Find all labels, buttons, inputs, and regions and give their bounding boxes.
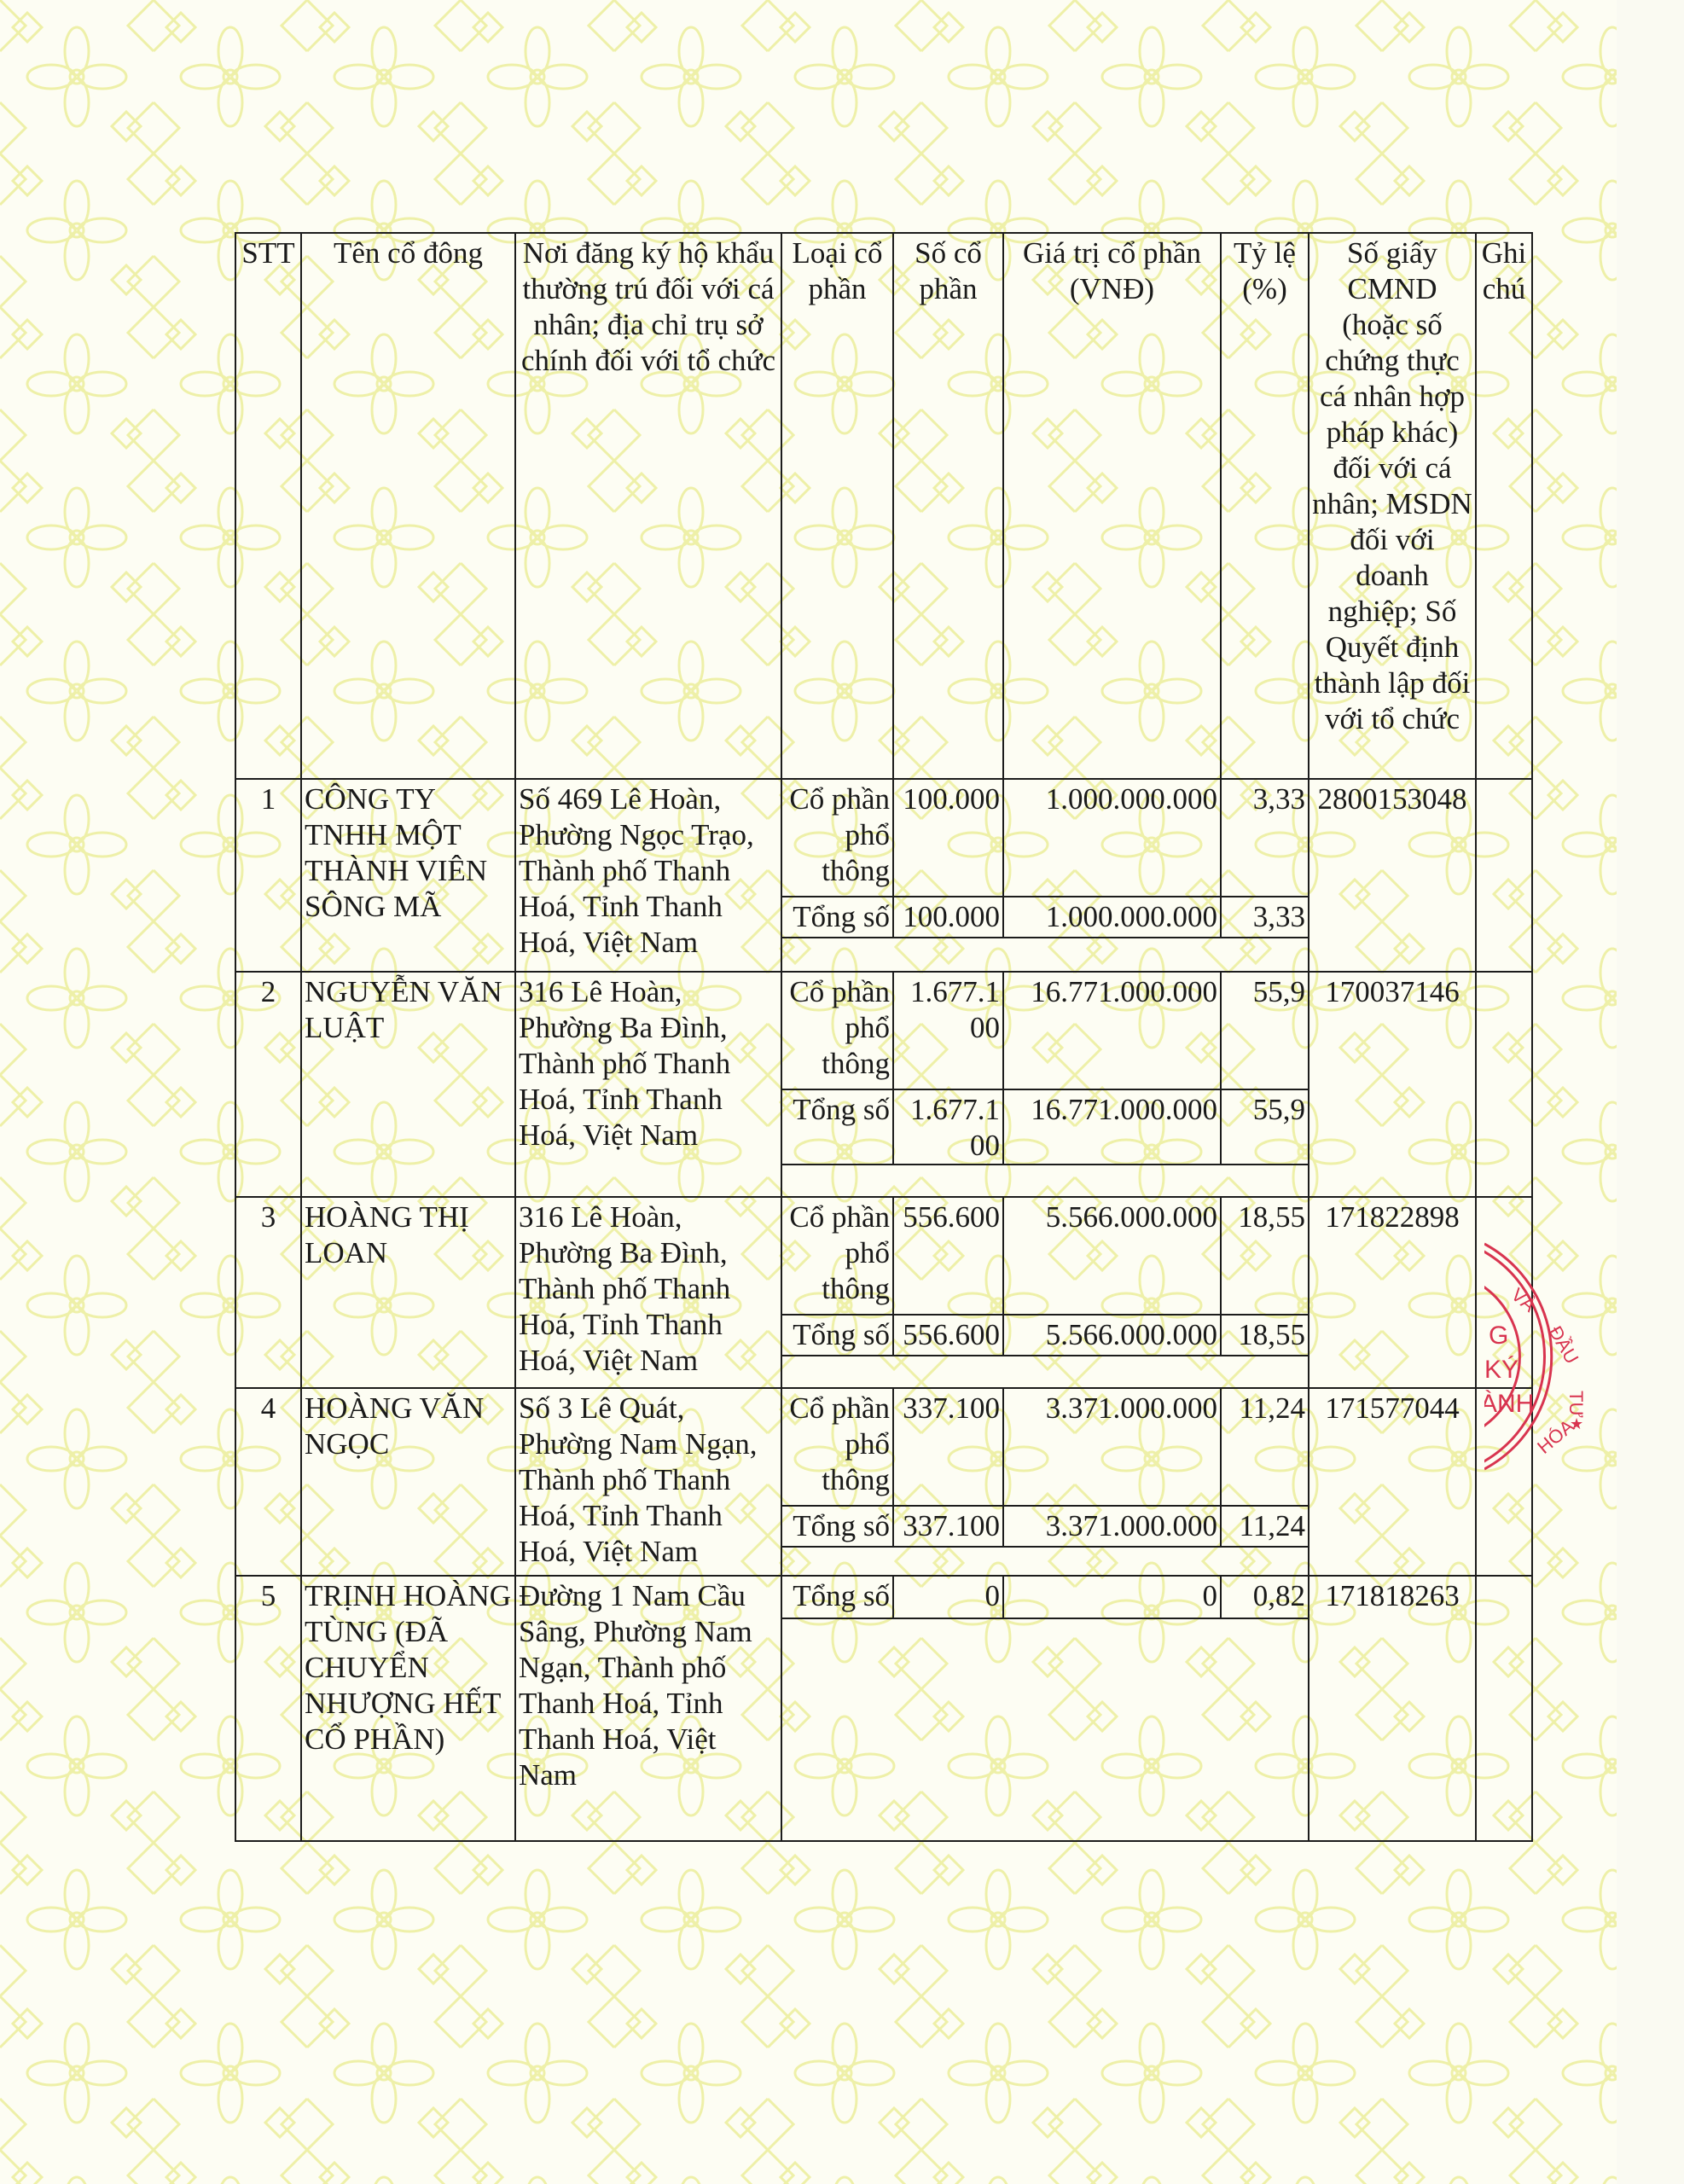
table-row: 3HOÀNG THỊ LOAN316 Lê Hoàn, Phường Ba Đì… <box>235 1197 1532 1315</box>
cell-share-count: 556.600 <box>893 1315 1003 1356</box>
cell-share-count: 337.100 <box>893 1506 1003 1547</box>
cell-name: NGUYỄN VĂN LUẬT <box>301 972 515 1197</box>
table-header-row: STT Tên cổ đông Nơi đăng ký hộ khẩu thườ… <box>235 233 1532 779</box>
cell-share-type: Tổng số <box>781 897 893 938</box>
cell-note <box>1476 1197 1532 1388</box>
table-row: 1CÔNG TY TNHH MỘT THÀNH VIÊN SÔNG MÃSố 4… <box>235 779 1532 897</box>
cell-share-type: Cổ phần phổ thông <box>781 1388 893 1506</box>
cell-share-type: Cổ phần phổ thông <box>781 1197 893 1315</box>
cell-ratio: 55,9 <box>1221 1089 1309 1165</box>
cell-stt: 4 <box>235 1388 301 1576</box>
cell-stt: 1 <box>235 779 301 972</box>
cell-share-count: 1.677.100 <box>893 972 1003 1089</box>
cell-share-type: Tổng số <box>781 1576 893 1618</box>
cell-empty <box>781 1165 1309 1197</box>
cell-share-count: 337.100 <box>893 1388 1003 1506</box>
cell-ratio: 11,24 <box>1221 1506 1309 1547</box>
cell-stt: 5 <box>235 1576 301 1841</box>
cell-stt: 2 <box>235 972 301 1197</box>
cell-share-value: 16.771.000.000 <box>1003 1089 1221 1165</box>
cell-id-number: 171818263 <box>1309 1576 1476 1841</box>
cell-note <box>1476 1576 1532 1841</box>
table-row: 4HOÀNG VĂN NGỌCSố 3 Lê Quát, Phường Nam … <box>235 1388 1532 1506</box>
header-share-type: Loại cổ phần <box>781 233 893 779</box>
cell-address: Số 3 Lê Quát, Phường Nam Ngạn, Thành phố… <box>515 1388 781 1576</box>
cell-share-count: 1.677.100 <box>893 1089 1003 1165</box>
cell-empty <box>781 1356 1309 1388</box>
header-share-count: Số cổ phần <box>893 233 1003 779</box>
cell-ratio: 0,82 <box>1221 1576 1309 1618</box>
header-share-value: Giá trị cổ phần (VNĐ) <box>1003 233 1221 779</box>
header-id-number: Số giấy CMND (hoặc số chứng thực cá nhân… <box>1309 233 1476 779</box>
cell-id-number: 2800153048 <box>1309 779 1476 972</box>
cell-ratio: 3,33 <box>1221 779 1309 897</box>
cell-ratio: 11,24 <box>1221 1388 1309 1506</box>
cell-name: HOÀNG THỊ LOAN <box>301 1197 515 1388</box>
cell-share-type: Tổng số <box>781 1315 893 1356</box>
cell-name: CÔNG TY TNHH MỘT THÀNH VIÊN SÔNG MÃ <box>301 779 515 972</box>
cell-share-type: Cổ phần phổ thông <box>781 972 893 1089</box>
cell-empty <box>781 1547 1309 1576</box>
cell-empty <box>781 1618 1309 1841</box>
cell-ratio: 55,9 <box>1221 972 1309 1089</box>
cell-ratio: 18,55 <box>1221 1315 1309 1356</box>
cell-empty <box>781 938 1309 972</box>
cell-ratio: 18,55 <box>1221 1197 1309 1315</box>
cell-note <box>1476 972 1532 1197</box>
cell-share-value: 16.771.000.000 <box>1003 972 1221 1089</box>
cell-share-count: 0 <box>893 1576 1003 1618</box>
cell-share-value: 5.566.000.000 <box>1003 1197 1221 1315</box>
cell-address: 316 Lê Hoàn, Phường Ba Đình, Thành phố T… <box>515 1197 781 1388</box>
table-row: 2NGUYỄN VĂN LUẬT316 Lê Hoàn, Phường Ba Đ… <box>235 972 1532 1089</box>
cell-share-value: 5.566.000.000 <box>1003 1315 1221 1356</box>
cell-ratio: 3,33 <box>1221 897 1309 938</box>
cell-name: HOÀNG VĂN NGỌC <box>301 1388 515 1576</box>
cell-address: Số 469 Lê Hoàn, Phường Ngọc Trạo, Thành … <box>515 779 781 972</box>
cell-address: 316 Lê Hoàn, Phường Ba Đình, Thành phố T… <box>515 972 781 1197</box>
header-stt: STT <box>235 233 301 779</box>
cell-share-count: 556.600 <box>893 1197 1003 1315</box>
cell-share-value: 0 <box>1003 1576 1221 1618</box>
cell-share-value: 1.000.000.000 <box>1003 779 1221 897</box>
cell-share-count: 100.000 <box>893 779 1003 897</box>
cell-note <box>1476 779 1532 972</box>
header-name: Tên cổ đông <box>301 233 515 779</box>
cell-share-type: Tổng số <box>781 1506 893 1547</box>
cell-address: Đường 1 Nam Cầu Sâng, Phường Nam Ngạn, T… <box>515 1576 781 1841</box>
cell-share-type: Cổ phần phổ thông <box>781 779 893 897</box>
header-note: Ghi chú <box>1476 233 1532 779</box>
header-ratio: Tỷ lệ (%) <box>1221 233 1309 779</box>
table-row: 5TRỊNH HOÀNG TÙNG (ĐÃ CHUYỂN NHƯỢNG HẾT … <box>235 1576 1532 1618</box>
shareholder-table: STT Tên cổ đông Nơi đăng ký hộ khẩu thườ… <box>235 232 1533 1842</box>
cell-name: TRỊNH HOÀNG TÙNG (ĐÃ CHUYỂN NHƯỢNG HẾT C… <box>301 1576 515 1841</box>
cell-share-value: 1.000.000.000 <box>1003 897 1221 938</box>
cell-share-count: 100.000 <box>893 897 1003 938</box>
cell-id-number: 170037146 <box>1309 972 1476 1197</box>
cell-note <box>1476 1388 1532 1576</box>
cell-id-number: 171577044 <box>1309 1388 1476 1576</box>
cell-id-number: 171822898 <box>1309 1197 1476 1388</box>
cell-share-type: Tổng số <box>781 1089 893 1165</box>
header-address: Nơi đăng ký hộ khẩu thường trú đối với c… <box>515 233 781 779</box>
cell-stt: 3 <box>235 1197 301 1388</box>
cell-share-value: 3.371.000.000 <box>1003 1388 1221 1506</box>
cell-share-value: 3.371.000.000 <box>1003 1506 1221 1547</box>
